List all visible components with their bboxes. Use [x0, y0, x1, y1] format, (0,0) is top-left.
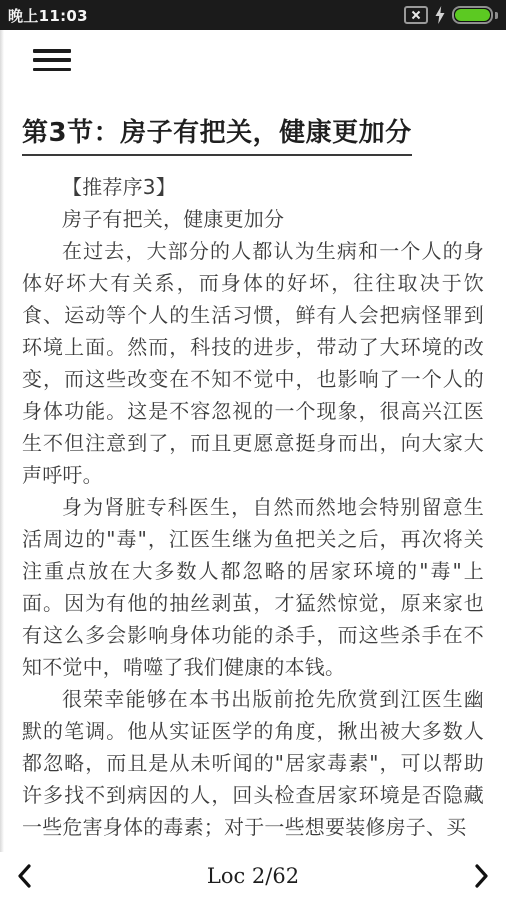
chapter-body: 【推荐序3】房子有把关，健康更加分在过去，大部分的人都认为生病和一个人的身体好坏… [22, 171, 484, 843]
paragraph: 很荣幸能够在本书出版前抢先欣赏到江医生幽默的笔调。他从实证医学的角度，揪出被大多… [22, 683, 484, 843]
page-nav-bar: Loc 2/62 [0, 852, 506, 900]
sim-missing-icon [404, 6, 428, 24]
hamburger-icon[interactable] [33, 49, 71, 71]
chevron-left-icon[interactable] [13, 860, 36, 892]
paragraph: 【推荐序3】 [22, 171, 484, 203]
battery-nub [495, 12, 498, 19]
paragraph: 身为肾脏专科医生，自然而然地会特别留意生活周边的"毒"，江医生继为鱼把关之后，再… [22, 491, 484, 683]
battery-full-icon [452, 6, 493, 24]
paragraph: 房子有把关，健康更加分 [22, 203, 484, 235]
reader-app-screen: 晚上11:03 第3节：房子有把关，健康更加分 【推 [0, 0, 506, 900]
status-icons [404, 6, 498, 24]
reader-page[interactable]: 第3节：房子有把关，健康更加分 【推荐序3】房子有把关，健康更加分在过去，大部分… [0, 0, 506, 852]
chapter-title: 第3节：房子有把关，健康更加分 [22, 117, 412, 156]
drawer-edge-shadow [0, 30, 4, 900]
chevron-right-icon[interactable] [470, 860, 493, 892]
location-indicator: Loc 2/62 [207, 864, 299, 888]
status-bar: 晚上11:03 [0, 0, 506, 30]
lightning-icon [435, 6, 445, 24]
clock-text: 晚上11:03 [8, 5, 88, 26]
paragraph: 在过去，大部分的人都认为生病和一个人的身体好坏大有关系，而身体的好坏，往往取决于… [22, 235, 484, 491]
